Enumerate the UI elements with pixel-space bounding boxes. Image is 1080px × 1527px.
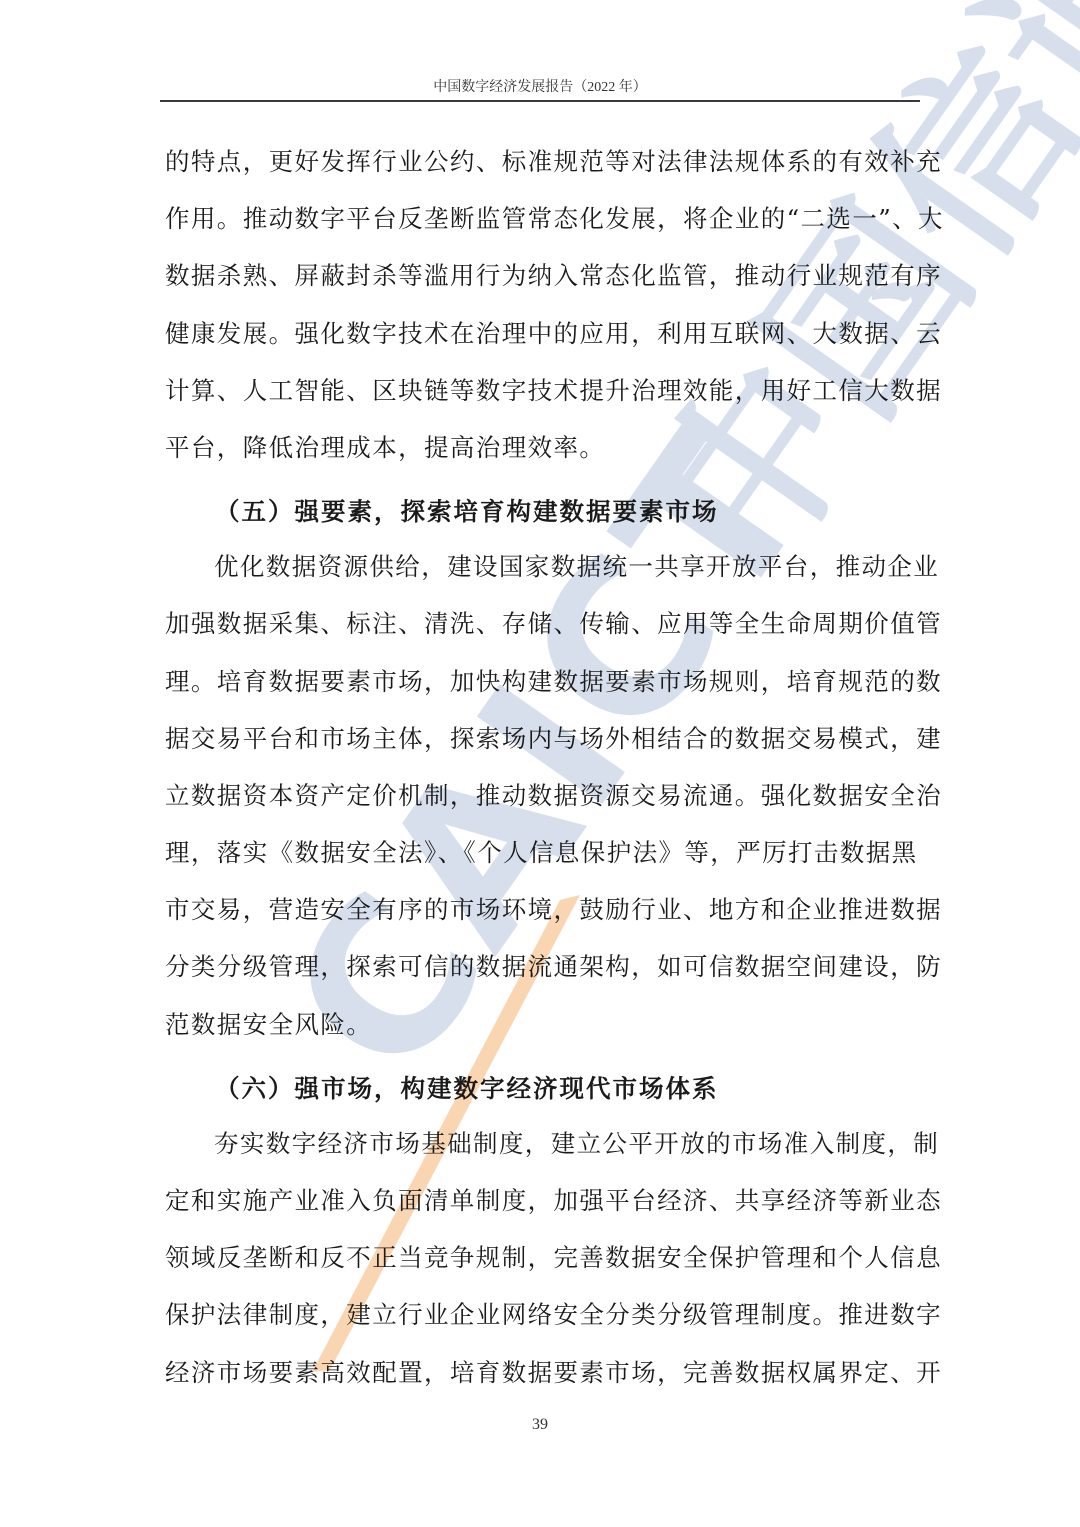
paragraph-2: 优化数据资源供给，建设国家数据统一共享开放平台，推动企业 加强数据采集、标注、清… xyxy=(165,543,915,1058)
text-line: 理。培育数据要素市场，加快构建数据要素市场规则，培育规范的数 xyxy=(165,658,915,715)
section-heading-5: （五）强要素，探索培育构建数据要素市场 xyxy=(165,481,915,543)
text-line: 计算、人工智能、区块链等数字技术提升治理效能，用好工信大数据 xyxy=(165,367,915,424)
text-line: 的特点，更好发挥行业公约、标准规范等对法律法规体系的有效补充 xyxy=(165,138,915,195)
text-line: 作用。推动数字平台反垄断监管常态化发展，将企业的“二选一”、大 xyxy=(165,195,915,252)
text-line: 健康发展。强化数字技术在治理中的应用，利用互联网、大数据、云 xyxy=(165,310,915,367)
text-line: 夯实数字经济市场基础制度，建立公平开放的市场准入制度，制 xyxy=(165,1120,915,1177)
text-line: 领域反垄断和反不正当竞争规制，完善数据安全保护管理和个人信息 xyxy=(165,1234,915,1291)
running-header: 中国数字经济发展报告（2022 年） xyxy=(160,76,920,96)
text-line: 保护法律制度，建立行业企业网络安全分类分级管理制度。推进数字 xyxy=(165,1291,915,1348)
text-line: 立数据资本资产定价机制，推动数据资源交易流通。强化数据安全治 xyxy=(165,772,915,829)
text-line: 范数据安全风险。 xyxy=(165,1001,915,1058)
text-line: 市交易，营造安全有序的市场环境，鼓励行业、地方和企业推进数据 xyxy=(165,886,915,943)
text-line: 据交易平台和市场主体，探索场内与场外相结合的数据交易模式，建 xyxy=(165,715,915,772)
paragraph-3: 夯实数字经济市场基础制度，建立公平开放的市场准入制度，制 定和实施产业准入负面清… xyxy=(165,1120,915,1406)
header-rule xyxy=(160,100,920,102)
text-line: 平台，降低治理成本，提高治理效率。 xyxy=(165,424,915,481)
text-line: 理，落实《数据安全法》、《个人信息保护法》等，严厉打击数据黑 xyxy=(165,829,915,886)
text-line: 数据杀熟、屏蔽封杀等滥用行为纳入常态化监管，推动行业规范有序 xyxy=(165,252,915,309)
document-body: 的特点，更好发挥行业公约、标准规范等对法律法规体系的有效补充 作用。推动数字平台… xyxy=(165,138,915,1406)
text-line: 加强数据采集、标注、清洗、存储、传输、应用等全生命周期价值管 xyxy=(165,600,915,657)
paragraph-1: 的特点，更好发挥行业公约、标准规范等对法律法规体系的有效补充 作用。推动数字平台… xyxy=(165,138,915,481)
text-line: 定和实施产业准入负面清单制度，加强平台经济、共享经济等新业态 xyxy=(165,1177,915,1234)
text-line: 分类分级管理，探索可信的数据流通架构，如可信数据空间建设，防 xyxy=(165,943,915,1000)
text-line: 经济市场要素高效配置，培育数据要素市场，完善数据权属界定、开 xyxy=(165,1349,915,1406)
text-line: 优化数据资源供给，建设国家数据统一共享开放平台，推动企业 xyxy=(165,543,915,600)
section-heading-6: （六）强市场，构建数字经济现代市场体系 xyxy=(165,1058,915,1120)
page-number: 39 xyxy=(0,1416,1080,1434)
